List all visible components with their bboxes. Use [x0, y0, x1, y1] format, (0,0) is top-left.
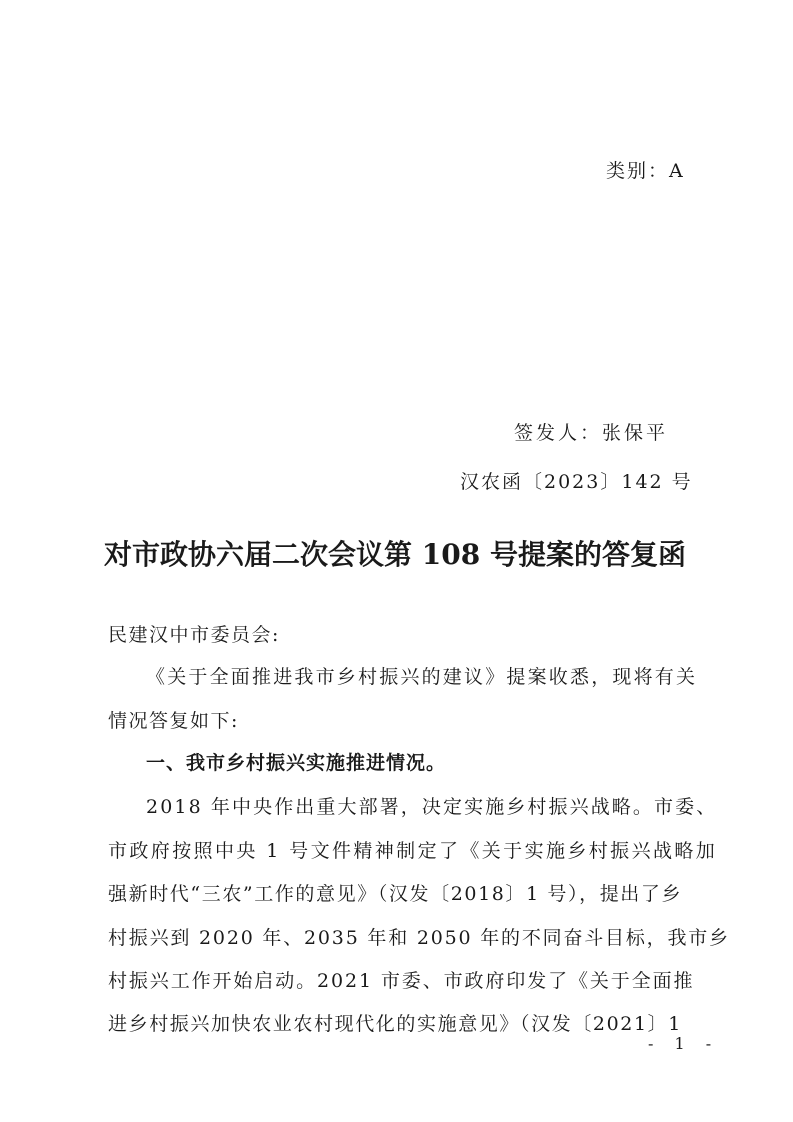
document-number: 汉农函〔2023〕142 号 [460, 467, 693, 494]
page-number: - 1 - [648, 1034, 719, 1053]
document-category: 类别：A [606, 156, 685, 183]
paragraph-line: 村振兴到 2020 年、2035 年和 2050 年的不同奋斗目标，我市乡 [108, 923, 730, 950]
section-heading: 一、我市乡村振兴实施推进情况。 [146, 748, 446, 775]
signer: 签发人：张保平 [514, 418, 668, 445]
salutation: 民建汉中市委员会: [108, 620, 280, 647]
paragraph-line: 2018 年中央作出重大部署，决定实施乡村振兴战略。市委、 [146, 792, 717, 819]
paragraph-line: 村振兴工作开始启动。2021 市委、市政府印发了《关于全面推 [108, 966, 694, 993]
paragraph-line: 强新时代“三农”工作的意见》（汉发〔2018〕1 号），提出了乡 [108, 879, 682, 906]
document-title: 对市政协六届二次会议第 108 号提案的答复函 [104, 533, 686, 573]
paragraph-line: 进乡村振兴加快农业农村现代化的实施意见》（汉发〔2021〕1 [108, 1009, 682, 1036]
body-line: 情况答复如下: [108, 706, 239, 733]
paragraph-line: 市政府按照中央 1 号文件精神制定了《关于实施乡村振兴战略加 [108, 836, 717, 863]
body-line: 《关于全面推进我市乡村振兴的建议》提案收悉，现将有关 [146, 662, 697, 689]
